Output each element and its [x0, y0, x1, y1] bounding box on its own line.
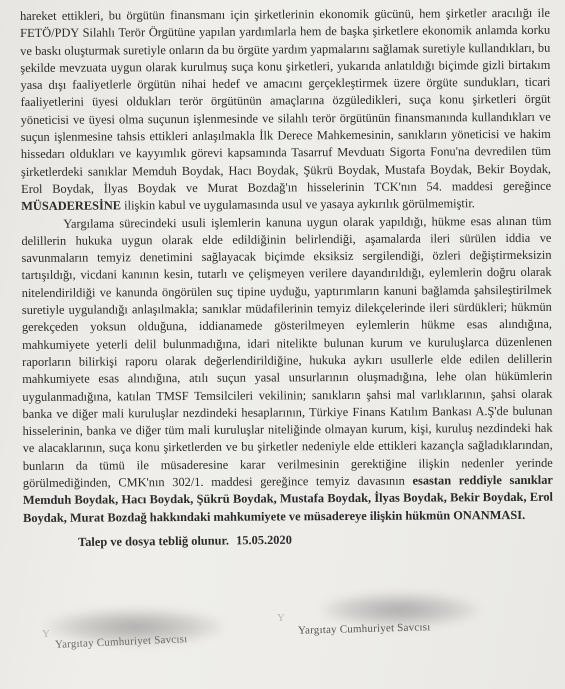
text-line: Yargılama sürecindeki usuli işlemlerin k…	[63, 213, 527, 230]
faint-initial: Y	[42, 628, 50, 640]
text-line: gereğince	[503, 179, 551, 193]
paragraph-2: Yargılama sürecindeki usuli işlemlerin k…	[21, 212, 553, 527]
text-line: oldukları ve kayyımlık görevi kapsamında…	[70, 144, 551, 161]
signature-title-right: Yargıtay Cumhuriyet Savcısı	[298, 621, 431, 636]
text-line: görülmemiştir.	[402, 196, 475, 210]
closing-statement: Talep ve dosya tebliğ olunur. 15.05.2020	[78, 533, 292, 550]
text-line: mali kuruluşlar nezdindeki hesaplarının,…	[102, 404, 553, 421]
text-line: hisselerinin, banka ve diğer tüm mali ku…	[23, 421, 473, 438]
document-body: hareket ettikleri, bu örgütün finansmanı…	[20, 5, 553, 527]
faint-initial: Y	[277, 612, 285, 624]
text-line: şirketlerdeki sanıklar Memduh Boydak, Ha…	[21, 162, 504, 179]
closing-date: 15.05.2020	[236, 533, 292, 548]
closing-text: Talep ve dosya tebliğ olunur.	[78, 533, 229, 549]
document-page: hareket ettikleri, bu örgütün finansmanı…	[0, 0, 565, 689]
text-line: ilişkin kabul ve uygulamasında usul ve y…	[124, 197, 399, 213]
text-line: hareket ettikleri, bu örgütün finansmanı…	[20, 6, 486, 23]
confiscation-emphasis: MÜSADERESİNE	[21, 199, 121, 214]
verdict-line: mahkumiyete ve müsadereye ilişkin hükmün…	[213, 508, 525, 524]
paragraph-1: hareket ettikleri, bu örgütün finansmanı…	[20, 5, 551, 216]
